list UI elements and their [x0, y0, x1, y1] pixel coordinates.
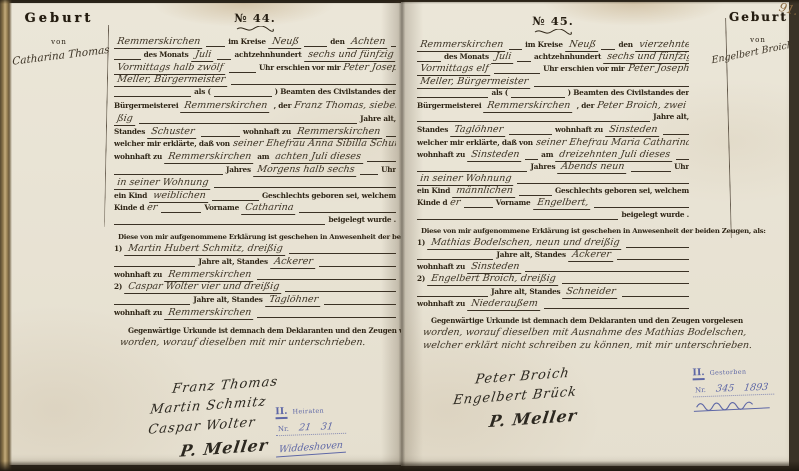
handwritten-entry: ßig — [114, 114, 136, 126]
form-line: wohnhaft zuRemmerskirchen — [114, 308, 396, 321]
handwritten-entry: in seiner Wohnung — [417, 174, 515, 186]
right-register-page: Geburt von Engelbert Broich № 45. Remmer… — [401, 2, 789, 466]
form-line: ein Kindmännlichen Geschlechts geboren s… — [417, 186, 689, 198]
form-line: wohnhaft zuRemmerskirchenamachten Juli d… — [114, 152, 396, 165]
blank-rule — [517, 177, 689, 184]
handwritten-entry: seiner Ehefrau Anna Sibilla Schumacher — [232, 139, 396, 149]
flourish-squiggle — [533, 29, 573, 35]
printed-text: ) Beamten des Civilstandes der — [275, 88, 396, 95]
printed-text: Vorname — [204, 204, 239, 211]
blank-rule — [617, 253, 689, 260]
form-line: StandesSchuster wohnhaft zuRemmerskirche… — [114, 127, 396, 140]
form-line: BürgermeistereiRemmerskirchen, derPeter … — [417, 101, 689, 113]
printed-text: welcher mir erklärte, daß von — [114, 140, 230, 147]
blank-rule — [114, 90, 191, 97]
handwritten-entry: sechs und fünfzig — [603, 52, 689, 64]
printed-text: den — [330, 38, 344, 45]
record-type-heading: Geburt — [12, 11, 106, 26]
left-margin-column: Geburt von Catharina Thomas — [12, 11, 106, 62]
witness-lines: 1)Martin Hubert Schmitz, dreißig Jahre a… — [114, 244, 396, 321]
stamp-nr-label: Nr. — [695, 386, 706, 394]
blank-rule — [594, 201, 689, 208]
handwritten-entry: Neuß — [565, 40, 599, 52]
form-line: 1)Mathias Bodelschen, neun und dreißig — [417, 238, 689, 250]
blank-rule — [114, 168, 223, 175]
handwritten-entry: Juli — [491, 52, 515, 64]
record-text-lines: Remmerskirchen im KreiseNeuß denvierzehn… — [417, 40, 689, 223]
printed-text: Vorname — [496, 199, 531, 206]
handwritten-entry: Taglöhner — [450, 125, 507, 137]
form-line: StandesTaglöhner wohnhaft zuSinsteden — [417, 125, 689, 137]
handwritten-entry: männlichen — [452, 186, 516, 198]
blank-rule — [601, 43, 615, 50]
form-line: Meller, Bürgermeister — [114, 75, 396, 88]
printed-text: Jahre alt, Standes — [198, 258, 267, 265]
handwritten-entry: Ackerer — [568, 250, 614, 262]
form-line: Kinde der VornameCatharina — [114, 203, 396, 216]
blank-rule — [525, 265, 689, 272]
illegible-ink-note — [693, 398, 771, 413]
form-line: als ( ) Beamten des Civilstandes der — [417, 89, 689, 101]
form-line: welcher mir erklärte, daß vonseiner Ehef… — [417, 138, 689, 150]
book-page-edges — [0, 0, 12, 471]
handwritten-entry: Catharina — [241, 203, 297, 215]
record-number-block: № 44. — [114, 7, 396, 32]
handwritten-entry: in seiner Wohnung — [114, 178, 212, 190]
form-line: als ( ) Beamten des Civilstandes der — [114, 88, 396, 101]
witness-clause: Diese von mir aufgenommene Erklärung ist… — [421, 227, 689, 235]
blank-rule — [201, 130, 240, 137]
handwritten-entry: er — [450, 198, 462, 208]
blank-rule — [212, 194, 259, 201]
printed-text: des Monats — [444, 53, 489, 60]
form-line: beigelegt wurde . — [417, 211, 689, 223]
printed-text: welcher mir erklärte, daß von — [417, 139, 533, 146]
blank-rule — [139, 117, 357, 124]
printed-text: wohnhaft zu — [243, 128, 291, 135]
form-line: Remmerskirchen im KreiseNeuß denAchten — [114, 37, 396, 50]
handwritten-entry: Schuster — [147, 127, 198, 139]
handwritten-entry: Engelbert Broich, dreißig — [427, 274, 559, 286]
printed-text: Jahre alt, Standes — [193, 296, 262, 303]
blank-rule — [229, 66, 256, 73]
handwritten-entry: Engelbert, — [533, 198, 592, 210]
blank-rule — [519, 189, 552, 196]
printed-text: Uhr erschien vor mir — [543, 65, 625, 72]
blank-rule — [114, 53, 141, 60]
signature-block: Franz ThomasMartin SchmitzCaspar WolterP… — [114, 374, 396, 453]
handwritten-entry: seiner Ehefrau Maria Catharina Küntgen — [535, 138, 689, 148]
handwritten-entry: Meller, Bürgermeister — [417, 77, 532, 89]
handwritten-entry: Remmerskirchen — [293, 127, 384, 139]
printed-text: Geschlechts geboren sei, welchem — [555, 187, 689, 194]
handwritten-entry: weiblichen — [149, 191, 209, 203]
form-line: beigelegt wurde . — [114, 216, 396, 229]
handwritten-entry: Peter Broich, zwei und dreißig — [597, 101, 689, 111]
blank-rule — [206, 40, 225, 47]
left-record-body: № 44. Remmerskirchen im KreiseNeuß denAc… — [114, 7, 396, 453]
record-number: № 45. — [532, 14, 574, 28]
blank-rule — [289, 247, 396, 254]
form-line: ein Kindweiblichen Geschlechts geboren s… — [114, 191, 396, 204]
blank-rule — [631, 165, 671, 172]
form-line: Jahre alt, StandesSchneider — [417, 287, 689, 299]
form-line: des MonatsJuli achtzehnhundertsechs und … — [114, 50, 396, 63]
handwritten-line: worden, worauf dieselben mit Ausnahme de… — [422, 327, 690, 338]
form-line: Meller, Bürgermeister — [417, 77, 689, 89]
handwritten-line: worden, worauf dieselben mit mir untersc… — [119, 337, 397, 348]
handwritten-entry: Morgens halb sechs — [253, 165, 358, 177]
printed-text: , der — [577, 102, 595, 109]
blank-rule — [509, 43, 522, 50]
blank-rule — [161, 206, 202, 213]
printed-text: , der — [274, 102, 292, 109]
blank-rule — [417, 253, 493, 260]
form-line: JahresMorgens halb sechs Uhr — [114, 165, 396, 178]
handwritten-entry: Vormittags halb zwölf — [114, 63, 227, 75]
handwritten-entry: vierzehnten — [635, 40, 689, 52]
printed-text: wohnhaft zu — [417, 300, 465, 307]
witness-clause: Diese von mir aufgenommene Erklärung ist… — [118, 233, 396, 241]
form-line: Jahre alt, StandesAckerer — [114, 257, 396, 270]
blank-rule — [562, 277, 689, 284]
form-line: Remmerskirchen im KreiseNeuß denvierzehn… — [417, 40, 689, 52]
printed-text: im Kreise — [228, 38, 266, 45]
form-line: des MonatsJuli achtzehnhundertsechs und … — [417, 52, 689, 64]
stamp-category: Heiraten — [292, 408, 324, 416]
form-line: wohnhaft zuSinsteden — [417, 262, 689, 274]
form-line: Kinde der VornameEngelbert, — [417, 198, 689, 210]
handwritten-entry: Sinsteden — [467, 262, 523, 274]
stamp-category: Gestorben — [710, 369, 747, 377]
left-register-page: Geburt von Catharina Thomas № 44. Remmer… — [8, 3, 401, 465]
handwritten-entry: er — [147, 203, 159, 213]
printed-text: als ( — [194, 88, 211, 95]
printed-text: wohnhaft zu — [417, 151, 465, 158]
handwritten-entry: Niederaußem — [467, 299, 541, 311]
record-text-lines: Remmerskirchen im KreiseNeuß denAchten d… — [114, 37, 396, 229]
blank-rule — [544, 302, 689, 309]
handwritten-entry: Sinsteden — [467, 150, 523, 162]
form-line: wohnhaft zuRemmerskirchen — [114, 270, 396, 283]
printed-text: des Monats — [144, 51, 189, 58]
printed-text: Geschlechts geboren sei, welchem — [262, 192, 396, 199]
signature-block: Peter BroichEngelbert BrückP. Meller — [417, 365, 689, 424]
printed-text: im Kreise — [525, 41, 563, 48]
blank-rule — [285, 285, 396, 292]
cross-reference-stamp: II. Heiraten Nr. 21 31 Widdeshoven — [275, 404, 347, 456]
printed-text: Uhr — [674, 163, 689, 170]
blank-rule — [114, 218, 325, 225]
blank-rule — [417, 165, 527, 172]
handwritten-entry: Remmerskirchen — [484, 101, 575, 113]
form-line: 1)Martin Hubert Schmitz, dreißig — [114, 244, 396, 257]
printed-text: wohnhaft zu — [417, 263, 465, 270]
closing-clause-printed: Gegenwärtige Urkunde ist demnach dem Dek… — [431, 316, 689, 325]
blank-rule — [464, 201, 493, 208]
blank-rule — [417, 91, 488, 98]
handwritten-entry: Taglöhner — [265, 295, 322, 307]
handwritten-entry: Remmerskirchen — [164, 270, 255, 282]
printed-text: Jahres — [530, 163, 555, 170]
printed-text: ) Beamten des Civilstandes der — [568, 89, 689, 96]
form-line: in seiner Wohnung — [417, 174, 689, 186]
handwritten-entry: Mathias Bodelschen, neun und dreißig — [427, 238, 623, 250]
record-number: № 44. — [234, 11, 276, 25]
handwritten-entry: Remmerskirchen — [181, 101, 272, 113]
handwritten-entry: Caspar Wolter vier und dreißig — [124, 282, 283, 294]
printed-text: am — [257, 153, 269, 160]
form-line: 2)Caspar Wolter vier und dreißig — [114, 282, 396, 295]
blank-rule — [214, 181, 396, 188]
handwritten-entry: Schneider — [563, 287, 620, 299]
printed-text: Jahres — [226, 166, 251, 173]
blank-rule — [494, 67, 540, 74]
handwritten-entry: Peter Joseph — [627, 64, 689, 74]
printed-text: achtzehnhundert — [534, 53, 601, 60]
blank-rule — [509, 128, 552, 135]
handwritten-entry: Remmerskirchen — [164, 308, 255, 320]
form-line: Jahre alt, StandesTaglöhner — [114, 295, 396, 308]
printed-text: Kinde d — [114, 204, 144, 211]
blank-rule — [417, 213, 618, 220]
blank-rule — [114, 260, 195, 267]
flourish-squiggle — [235, 26, 275, 32]
printed-text: den — [618, 41, 632, 48]
form-line: Jahre alt, StandesAckerer — [417, 250, 689, 262]
blank-rule — [257, 273, 396, 280]
handwritten-entry: Remmerskirchen — [114, 37, 204, 49]
witness-lines: 1)Mathias Bodelschen, neun und dreißig J… — [417, 238, 689, 311]
form-line: Vormittags halb zwölf Uhr erschien vor m… — [114, 63, 396, 76]
form-line: in seiner Wohnung — [114, 178, 396, 191]
blank-rule — [663, 128, 689, 135]
printed-text: ein Kind — [114, 192, 147, 199]
cross-reference-stamp: II. Gestorben Nr. 345 1893 — [692, 365, 775, 413]
form-line: Jahre alt, — [417, 113, 689, 125]
handwritten-entry: Remmerskirchen — [164, 152, 255, 164]
child-name-margin-note: Engelbert Broich — [711, 41, 787, 67]
blank-rule — [676, 153, 689, 160]
stamp-place-note: Widdeshoven — [276, 439, 347, 457]
closing-clause-handwritten: worden, worauf dieselben mit Ausnahme de… — [417, 327, 689, 351]
printed-text: 1) — [114, 245, 122, 252]
stamp-section: II. — [275, 406, 288, 419]
closing-clause-handwritten: worden, worauf dieselben mit mir untersc… — [114, 337, 396, 348]
blank-rule — [525, 153, 538, 160]
bottom-shadow — [0, 461, 799, 471]
closing-clause-printed: Gegenwärtige Urkunde ist demnach dem Dek… — [128, 326, 396, 335]
printed-text: am — [541, 151, 553, 158]
printed-text: Bürgermeisterei — [114, 102, 178, 109]
handwritten-entry: dreizehnten Juli dieses — [555, 150, 674, 162]
printed-text: achtzehnhundert — [234, 51, 301, 58]
printed-text: wohnhaft zu — [555, 126, 603, 133]
handwritten-entry: Martin Hubert Schmitz, dreißig — [124, 244, 286, 256]
form-line: wohnhaft zuNiederaußem — [417, 299, 689, 311]
top-shadow — [0, 0, 799, 4]
printed-text: Uhr erschien vor mir — [259, 64, 341, 71]
book-gutter-shadow — [381, 0, 423, 471]
printed-text: Standes — [114, 128, 145, 135]
right-record-body: № 45. Remmerskirchen im KreiseNeuß denvi… — [417, 10, 689, 424]
printed-text: als ( — [491, 89, 508, 96]
handwritten-entry: Remmerskirchen — [417, 40, 507, 52]
form-line: 2)Engelbert Broich, dreißig — [417, 274, 689, 286]
handwritten-entry: Juli — [191, 50, 215, 62]
form-line: welcher mir erklärte, daß vonseiner Ehef… — [114, 139, 396, 152]
handwritten-entry: Meller, Bürgermeister — [114, 75, 229, 87]
printed-text: wohnhaft zu — [114, 153, 162, 160]
blank-rule — [517, 55, 531, 62]
blank-rule — [114, 298, 190, 305]
form-line: JahresAbends neun Uhr — [417, 162, 689, 174]
stamp-number: 21 — [298, 422, 312, 433]
stamp-section: II. — [692, 367, 705, 380]
printed-text: wohnhaft zu — [114, 271, 162, 278]
blank-rule — [417, 115, 650, 122]
blank-rule — [217, 53, 232, 60]
handwritten-entry: Vormittags elf — [417, 64, 492, 76]
record-number-block: № 45. — [417, 10, 689, 35]
form-line: ßig Jahre alt, — [114, 114, 396, 127]
right-margin-column: Geburt von Engelbert Broich — [729, 10, 787, 59]
printed-text: Bürgermeisterei — [417, 102, 481, 109]
blank-rule — [626, 241, 689, 248]
blank-rule — [417, 290, 488, 297]
printed-text: wohnhaft zu — [114, 309, 162, 316]
form-line: BürgermeistereiRemmerskirchen, derFranz … — [114, 101, 396, 114]
stamp-nr-label: Nr. — [278, 425, 289, 433]
printed-text: Jahre alt, Standes — [496, 251, 565, 258]
form-line: Vormittags elf Uhr erschien vor mirPeter… — [417, 64, 689, 76]
civil-register-book-scan: Geburt von Catharina Thomas № 44. Remmer… — [0, 0, 799, 471]
handwritten-entry: achten Juli dieses — [272, 152, 365, 164]
handwritten-entry: Ackerer — [270, 257, 316, 269]
handwritten-entry: Abends neun — [558, 162, 629, 174]
blank-rule — [231, 78, 396, 85]
stamp-year: 1893 — [743, 382, 769, 394]
blank-rule — [304, 40, 327, 47]
blank-rule — [622, 290, 689, 297]
printed-text: beigelegt wurde . — [621, 211, 689, 218]
form-line: wohnhaft zuSinsteden amdreizehnten Juli … — [417, 150, 689, 162]
handwritten-entry: Sinsteden — [605, 125, 661, 137]
blank-rule — [360, 168, 378, 175]
handwritten-entry: Neuß — [268, 37, 302, 49]
child-name-margin-note: Catharina Thomas — [12, 44, 106, 68]
stamp-number: 345 — [715, 383, 735, 395]
stamp-year: 31 — [320, 421, 334, 432]
printed-text: Jahre alt, Standes — [491, 288, 560, 295]
blank-rule — [534, 80, 689, 87]
blank-rule — [214, 90, 272, 97]
blank-rule — [511, 91, 565, 98]
printed-text: 2) — [114, 283, 122, 290]
printed-text: Jahre alt, — [653, 113, 689, 120]
blank-rule — [257, 311, 396, 318]
handwritten-line: welcher erklärt nicht schreiben zu könne… — [422, 340, 690, 351]
